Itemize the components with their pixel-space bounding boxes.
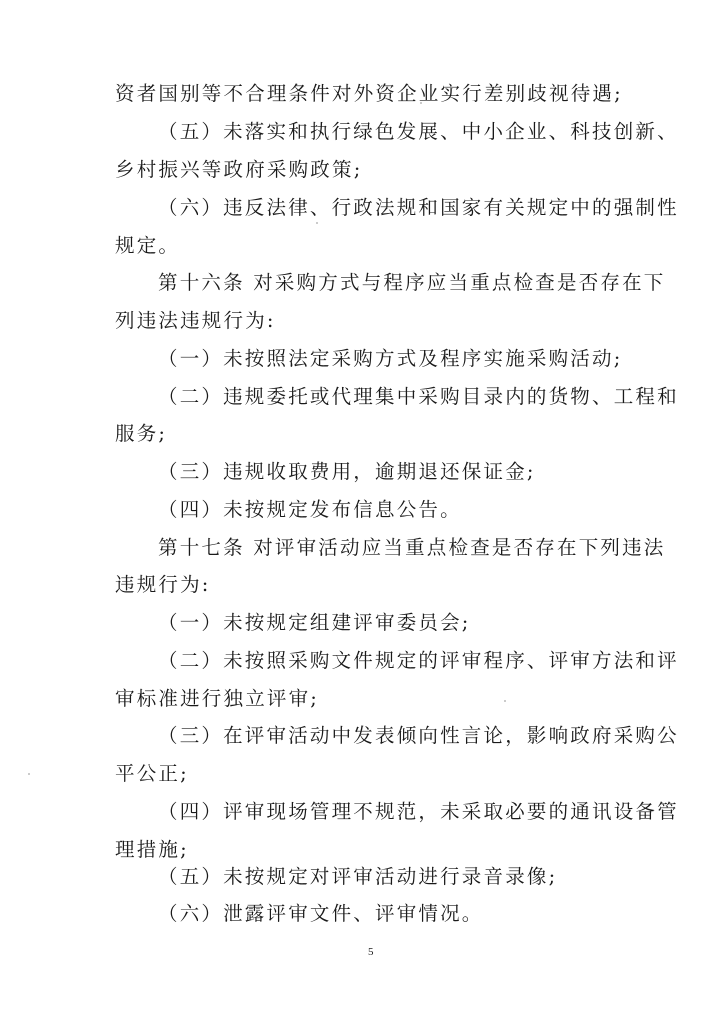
list-item-6: （六）泄露评审文件、评审情况。 xyxy=(158,903,668,925)
list-item-3: （三）在评审活动中发表倾向性言论，影响政府采购公 xyxy=(158,725,668,747)
text-line: 理措施; xyxy=(115,839,625,861)
text-line: 平公正; xyxy=(115,763,625,785)
list-item-1: （一）未按规定组建评审委员会; xyxy=(158,612,668,634)
list-item-4: （四）未按规定发布信息公告。 xyxy=(158,499,668,521)
scan-speck xyxy=(316,222,318,224)
scan-speck xyxy=(504,700,506,702)
document-page: 资者国别等不合理条件对外资企业实行差别歧视待遇; （五）未落实和执行绿色发展、中… xyxy=(0,0,720,1023)
text-line: 规定。 xyxy=(115,235,625,257)
text-line: 乡村振兴等政府采购政策; xyxy=(115,159,625,181)
scan-speck xyxy=(28,773,30,775)
article-16-heading: 第十六条 对采购方式与程序应当重点检查是否存在下 xyxy=(158,272,668,294)
list-item-2: （二）违规委托或代理集中采购目录内的货物、工程和 xyxy=(158,386,668,408)
text-line: 违规行为: xyxy=(115,574,625,596)
list-item-3: （三）违规收取费用，逾期退还保证金; xyxy=(158,461,668,483)
list-item-2: （二）未按照采购文件规定的评审程序、评审方法和评 xyxy=(158,650,668,672)
text-line: 服务; xyxy=(115,423,625,445)
scan-speck xyxy=(420,102,422,104)
text-line: 资者国别等不合理条件对外资企业实行差别歧视待遇; xyxy=(115,83,625,105)
list-item-5: （五）未落实和执行绿色发展、中小企业、科技创新、 xyxy=(158,121,668,143)
text-line: 列违法违规行为: xyxy=(115,310,625,332)
scan-speck xyxy=(508,403,510,405)
list-item-6: （六）违反法律、行政法规和国家有关规定中的强制性 xyxy=(158,197,668,219)
list-item-1: （一）未按照法定采购方式及程序实施采购活动; xyxy=(158,348,668,370)
list-item-5: （五）未按规定对评审活动进行录音录像; xyxy=(158,866,668,888)
page-number: 5 xyxy=(368,946,374,958)
article-17-heading: 第十七条 对评审活动应当重点检查是否存在下列违法 xyxy=(158,537,668,559)
list-item-4: （四）评审现场管理不规范，未采取必要的通讯设备管 xyxy=(158,801,668,823)
text-line: 审标准进行独立评审; xyxy=(115,688,625,710)
